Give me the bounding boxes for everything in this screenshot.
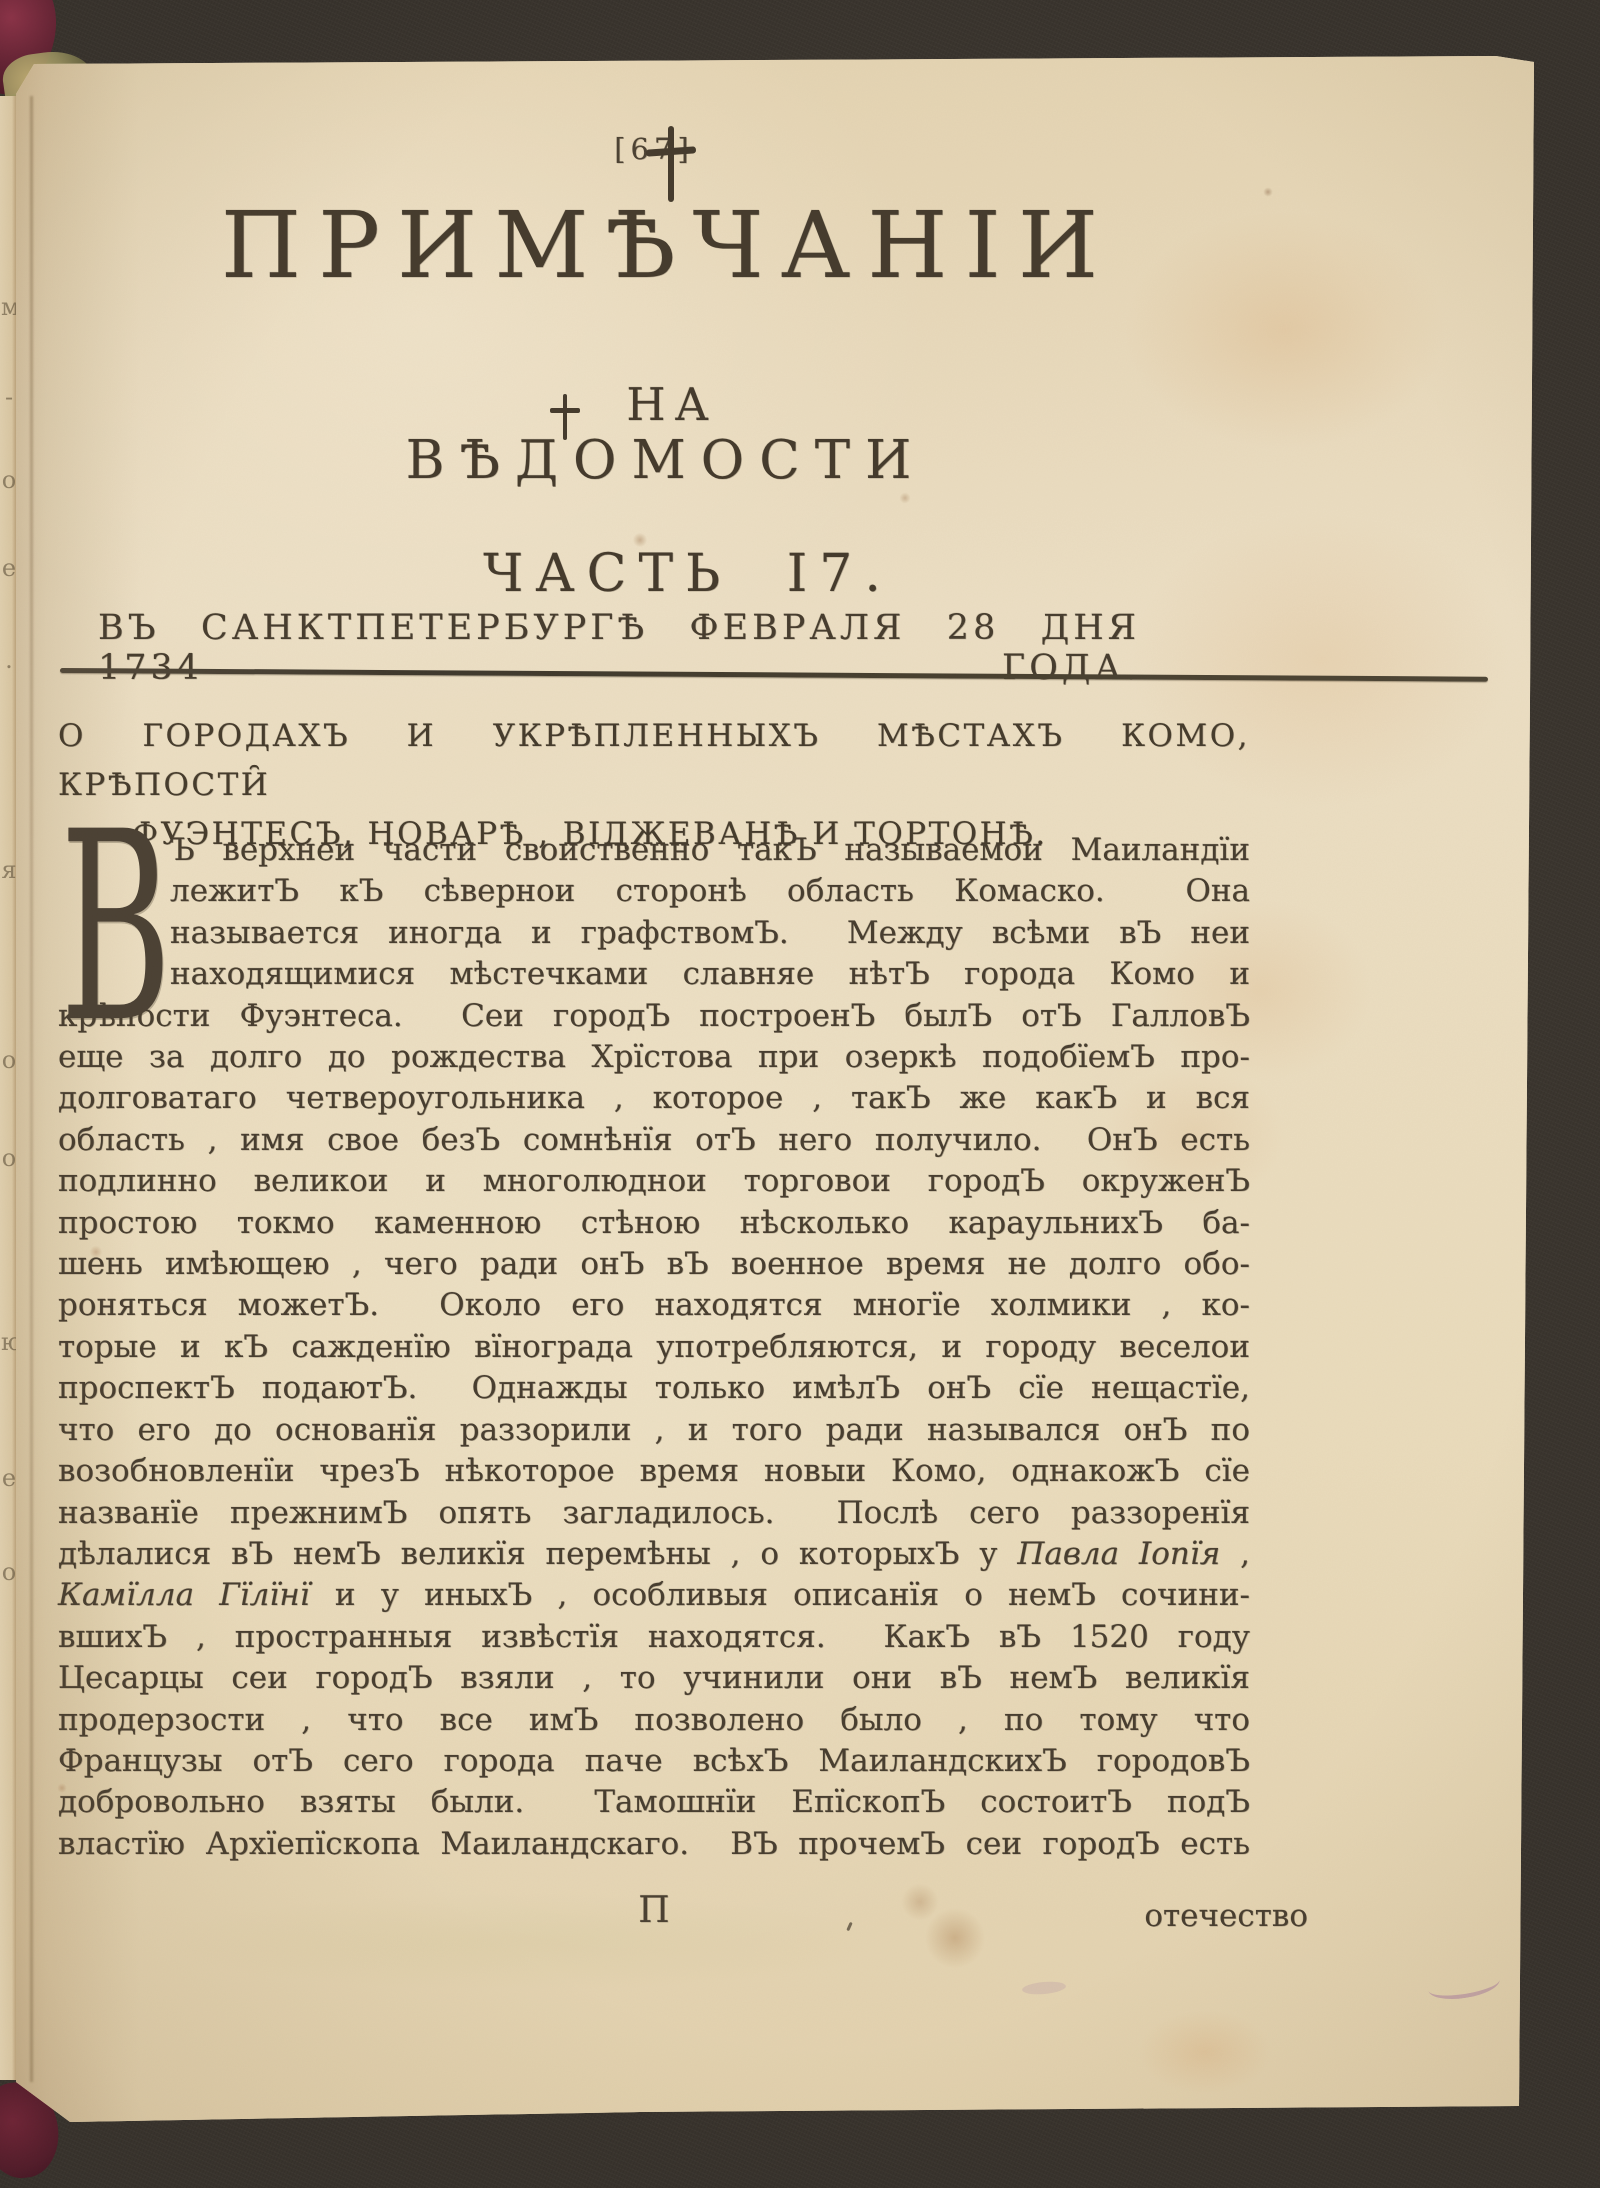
article-heading-line: О ГОРОДАХЪ И УКРѢПЛЕННЫХЪ МѢСТАХЪ КОМО, … <box>58 712 1250 810</box>
body-text-segment: проспектЪ подаютЪ. Однажды только имѣлЪ … <box>58 1370 1250 1406</box>
yat-ascender-flourish <box>668 126 674 202</box>
facing-page-ghost-letter: о <box>1 1048 17 1072</box>
body-text-segment: Ъ верхнеи части своиственно такЪ называе… <box>170 832 1250 868</box>
body-text-line: вшихЪ , пространныя извѣстїя находятся. … <box>58 1617 1250 1658</box>
facing-page-ghost-letter: е <box>1 1466 17 1490</box>
body-text-line: лежитЪ кЪ сѣвернои сторонѣ область Комас… <box>170 871 1250 912</box>
body-text-line: шень имѣющею , чего ради онЪ вЪ военное … <box>58 1244 1250 1285</box>
body-text-segment: добровольно взяты были. Тамошнїи Епїскоп… <box>58 1784 1250 1820</box>
body-text-line: торые и кЪ сажденїю вїнограда употребляю… <box>58 1327 1250 1368</box>
body-text-segment: долговатаго четвероугольника , которое ,… <box>58 1080 1250 1116</box>
facing-page-ghost-letter: о <box>1 1146 17 1170</box>
body-text-line: Цесарцы сеи городЪ взяли , то учинили он… <box>58 1658 1250 1699</box>
body-text-segment: названїе прежнимЪ опять загладилось. Пос… <box>58 1495 1250 1531</box>
pencil-smudge <box>1022 1980 1067 1996</box>
body-lines: крѣпости Фуэнтеса. Сеи городЪ построенЪ … <box>58 996 1250 1866</box>
facing-page-ghost-letter: е <box>1 556 17 580</box>
body-text-segment: возобновленїи чрезЪ нѣкоторое время новы… <box>58 1453 1250 1489</box>
body-text-segment: еще за долго до рождества Хрїстова при о… <box>58 1039 1250 1075</box>
body-text-line: названїе прежнимЪ опять загладилось. Пос… <box>58 1493 1250 1534</box>
body-text-line: добровольно взяты были. Тамошнїи Епїскоп… <box>58 1782 1250 1823</box>
body-text-segment: торые и кЪ сажденїю вїнограда употребляю… <box>58 1329 1250 1365</box>
body-text-line: Ъ верхнеи части своиственно такЪ называе… <box>170 830 1250 871</box>
body-text-line: Французы отЪ сего города паче всѣхЪ Маил… <box>58 1741 1250 1782</box>
body-text-segment: называется иногда и графствомЪ. Между вс… <box>170 915 1250 951</box>
facing-page-ghost-letter: я <box>1 858 17 882</box>
body-text-segment: роняться можетЪ. Около его находятся мно… <box>58 1287 1250 1323</box>
body-text-segment: продерзости , что все имЪ позволено было… <box>58 1702 1250 1738</box>
yat-ascender-flourish <box>550 408 580 413</box>
body-text-segment: властїю Архїепїскопа Маиландскаго. ВЪ пр… <box>58 1826 1250 1862</box>
body-text-line: называется иногда и графствомЪ. Между вс… <box>170 913 1250 954</box>
body-text-line: подлинно великои и многолюднои торговои … <box>58 1161 1250 1202</box>
body-text-line: крѣпости Фуэнтеса. Сеи городЪ построенЪ … <box>58 996 1250 1037</box>
body-text-line: властїю Архїепїскопа Маиландскаго. ВЪ пр… <box>58 1824 1250 1865</box>
gutter-crease <box>30 96 33 2082</box>
catchword: отечество <box>1060 1898 1308 1934</box>
masthead-title: ПРИМѢЧАНІИ <box>72 192 1264 299</box>
facing-page-ghost-letter: м <box>1 295 17 319</box>
drop-cap-indented-lines: Ъ верхнеи части своиственно такЪ называе… <box>170 830 1250 996</box>
body-text-line: Камїлла Гїлїнї и у иныхЪ , особливыя опи… <box>58 1575 1250 1616</box>
body-text-segment: крѣпости Фуэнтеса. Сеи городЪ построенЪ … <box>58 998 1250 1034</box>
masthead-part-line: ЧАСТЬ I7. <box>92 544 1284 604</box>
facing-page-edge: м-ое.яооюео <box>0 96 17 2080</box>
body-text-line: простою токмо каменною стѣною нѣсколько … <box>58 1203 1250 1244</box>
body-text-line: роняться можетЪ. Около его находятся мно… <box>58 1285 1250 1326</box>
yat-ascender-flourish <box>563 394 567 440</box>
body-text-segment: шень имѣющею , чего ради онЪ вЪ военное … <box>58 1246 1250 1282</box>
body-text-segment: простою токмо каменною стѣною нѣсколько … <box>58 1205 1250 1241</box>
body-text-segment: , <box>1220 1536 1250 1572</box>
facing-page-ghost-letter: . <box>1 648 17 672</box>
masthead-subtitle-na: НА <box>76 378 1268 431</box>
body-text-segment: находящимися мѣстечками славняе нѣтЪ гор… <box>170 956 1250 992</box>
body-text-segment: и у иныхЪ , особливыя описанїя о немЪ со… <box>310 1577 1250 1613</box>
facing-page-ghost-letter: ю <box>1 1330 17 1354</box>
body-text-line: еще за долго до рождества Хрїстова при о… <box>58 1037 1250 1078</box>
body-text-line: находящимися мѣстечками славняе нѣтЪ гор… <box>170 954 1250 995</box>
body-text-line: проспектЪ подаютЪ. Однажды только имѣлЪ … <box>58 1368 1250 1409</box>
body-text-italic-segment: Павла Іопїя <box>1017 1536 1220 1572</box>
article-body: В Ъ верхнеи части своиственно такЪ назыв… <box>58 830 1250 1865</box>
body-text-segment: дѣлалися вЪ немЪ великїя перемѣны , о ко… <box>58 1536 1017 1572</box>
body-text-line: долговатаго четвероугольника , которое ,… <box>58 1078 1250 1119</box>
body-text-segment: Французы отЪ сего города паче всѣхЪ Маил… <box>58 1743 1250 1779</box>
body-text-line: возобновленїи чрезЪ нѣкоторое время новы… <box>58 1451 1250 1492</box>
body-text-segment: вшихЪ , пространныя извѣстїя находятся. … <box>58 1619 1250 1655</box>
body-text-segment: подлинно великои и многолюднои торговои … <box>58 1163 1250 1199</box>
body-text-line: область , имя свое безЪ сомнѣнїя отЪ нег… <box>58 1120 1250 1161</box>
body-text-line: дѣлалися вЪ немЪ великїя перемѣны , о ко… <box>58 1534 1250 1575</box>
pencil-mark <box>1426 1967 1501 2004</box>
body-text-segment: что его до основанїя раззорили , и того … <box>58 1412 1250 1448</box>
masthead-subtitle-vedomosti: ВѢДОМОСТИ <box>70 430 1262 491</box>
facing-page-ghost-letter: о <box>1 1560 17 1584</box>
book-page: [67] ПРИМѢЧАНІИ НА ВѢДОМОСТИ ЧАСТЬ I7. В… <box>0 0 1600 2188</box>
body-text-segment: область , имя свое безЪ сомнѣнїя отЪ нег… <box>58 1122 1250 1158</box>
body-text-line: что его до основанїя раззорили , и того … <box>58 1410 1250 1451</box>
drop-cap: В <box>60 798 172 1059</box>
body-text-segment: лежитЪ кЪ сѣвернои сторонѣ область Комас… <box>170 873 1250 909</box>
facing-page-ghost-letter: о <box>1 468 17 492</box>
scan-background: м-ое.яооюео [67] ПРИМѢЧАНІИ НА ВѢДОМОСТИ… <box>0 0 1600 2188</box>
body-text-line: продерзости , что все имЪ позволено было… <box>58 1700 1250 1741</box>
body-text-italic-segment: Камїлла Гїлїнї <box>58 1577 310 1613</box>
body-text-segment: Цесарцы сеи городЪ взяли , то учинили он… <box>58 1660 1250 1696</box>
facing-page-ghost-letter: - <box>1 385 17 409</box>
